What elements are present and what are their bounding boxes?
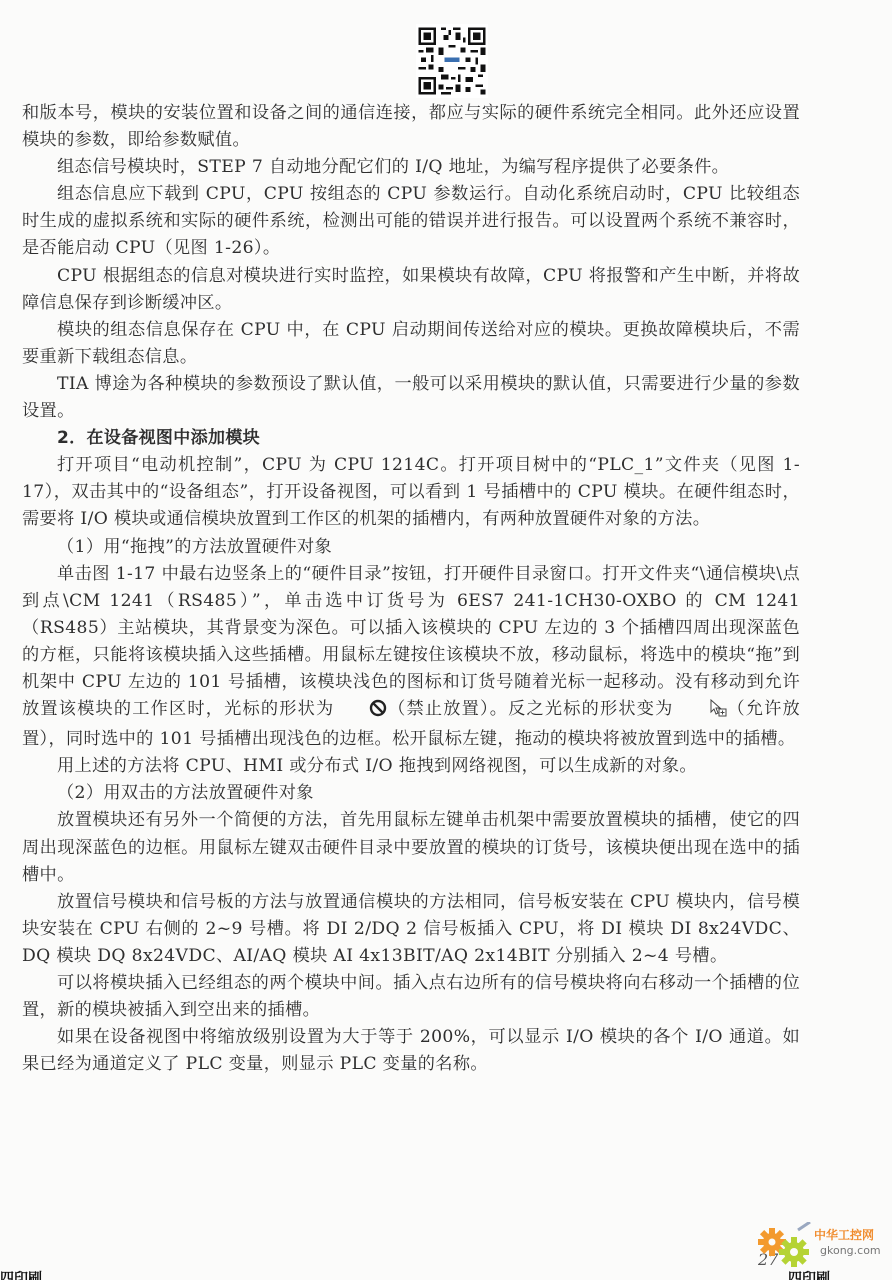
paragraph: 和版本号，模块的安装位置和设备之间的通信连接，都应与实际的硬件系统完全相同。此外…	[22, 100, 800, 154]
paragraph: 用上述的方法将 CPU、HMI 或分布式 I/O 拖拽到网络视图，可以生成新的对…	[22, 753, 800, 780]
footer-left-fragment: 四印刷	[0, 1268, 42, 1280]
paragraph: 放置信号模块和信号板的方法与放置通信模块的方法相同，信号板安装在 CPU 模块内…	[22, 889, 800, 970]
paragraph: CPU 根据组态的信息对模块进行实时监控，如果模块有故障，CPU 将报警和产生中…	[22, 263, 800, 317]
paragraph: 可以将模块插入已经组态的两个模块中间。插入点右边所有的信号模块将向右移动一个插槽…	[22, 970, 800, 1024]
paragraph-drag: 单击图 1-17 中最右边竖条上的“硬件目录”按钮，打开硬件目录窗口。打开文件夹…	[22, 561, 800, 754]
watermark-logo: 中华工控网 gkong.com	[752, 1222, 892, 1272]
subheading: （1）用“拖拽”的方法放置硬件对象	[22, 534, 800, 561]
qr-code	[416, 24, 488, 98]
paragraph-text: 单击图 1-17 中最右边竖条上的“硬件目录”按钮，打开硬件目录窗口。打开文件夹…	[22, 564, 800, 719]
subheading: （2）用双击的方法放置硬件对象	[22, 780, 800, 807]
paragraph: 组态信息应下载到 CPU，CPU 按组态的 CPU 参数运行。自动化系统启动时，…	[22, 181, 800, 262]
paragraph: 放置模块还有另外一个简便的方法，首先用鼠标左键单击机架中需要放置模块的插槽，使它…	[22, 807, 800, 888]
watermark-en: gkong.com	[820, 1244, 881, 1257]
watermark-cn: 中华工控网	[814, 1226, 874, 1243]
paragraph: 打开项目“电动机控制”，CPU 为 CPU 1214C。打开项目树中的“PLC_…	[22, 452, 800, 533]
paragraph-text: （禁止放置）。反之光标的形状变为	[387, 699, 673, 719]
gear-icon	[752, 1222, 822, 1272]
paragraph: 模块的组态信息保存在 CPU 中，在 CPU 启动期间传送给对应的模块。更换故障…	[22, 317, 800, 371]
drop-allowed-cursor-icon	[674, 699, 727, 726]
paragraph: 如果在设备视图中将缩放级别设置为大于等于 200%，可以显示 I/O 模块的各个…	[22, 1024, 800, 1078]
section-heading: 2．在设备视图中添加模块	[22, 425, 800, 452]
body-text: 和版本号，模块的安装位置和设备之间的通信连接，都应与实际的硬件系统完全相同。此外…	[22, 100, 800, 1078]
paragraph: TIA 博途为各种模块的参数预设了默认值，一般可以采用模块的默认值，只需要进行少…	[22, 371, 800, 425]
forbidden-cursor-icon	[334, 699, 387, 726]
footer-right-fragment: 四印刷	[788, 1268, 830, 1280]
paragraph: 组态信号模块时，STEP 7 自动地分配它们的 I/Q 地址，为编写程序提供了必…	[22, 154, 800, 181]
